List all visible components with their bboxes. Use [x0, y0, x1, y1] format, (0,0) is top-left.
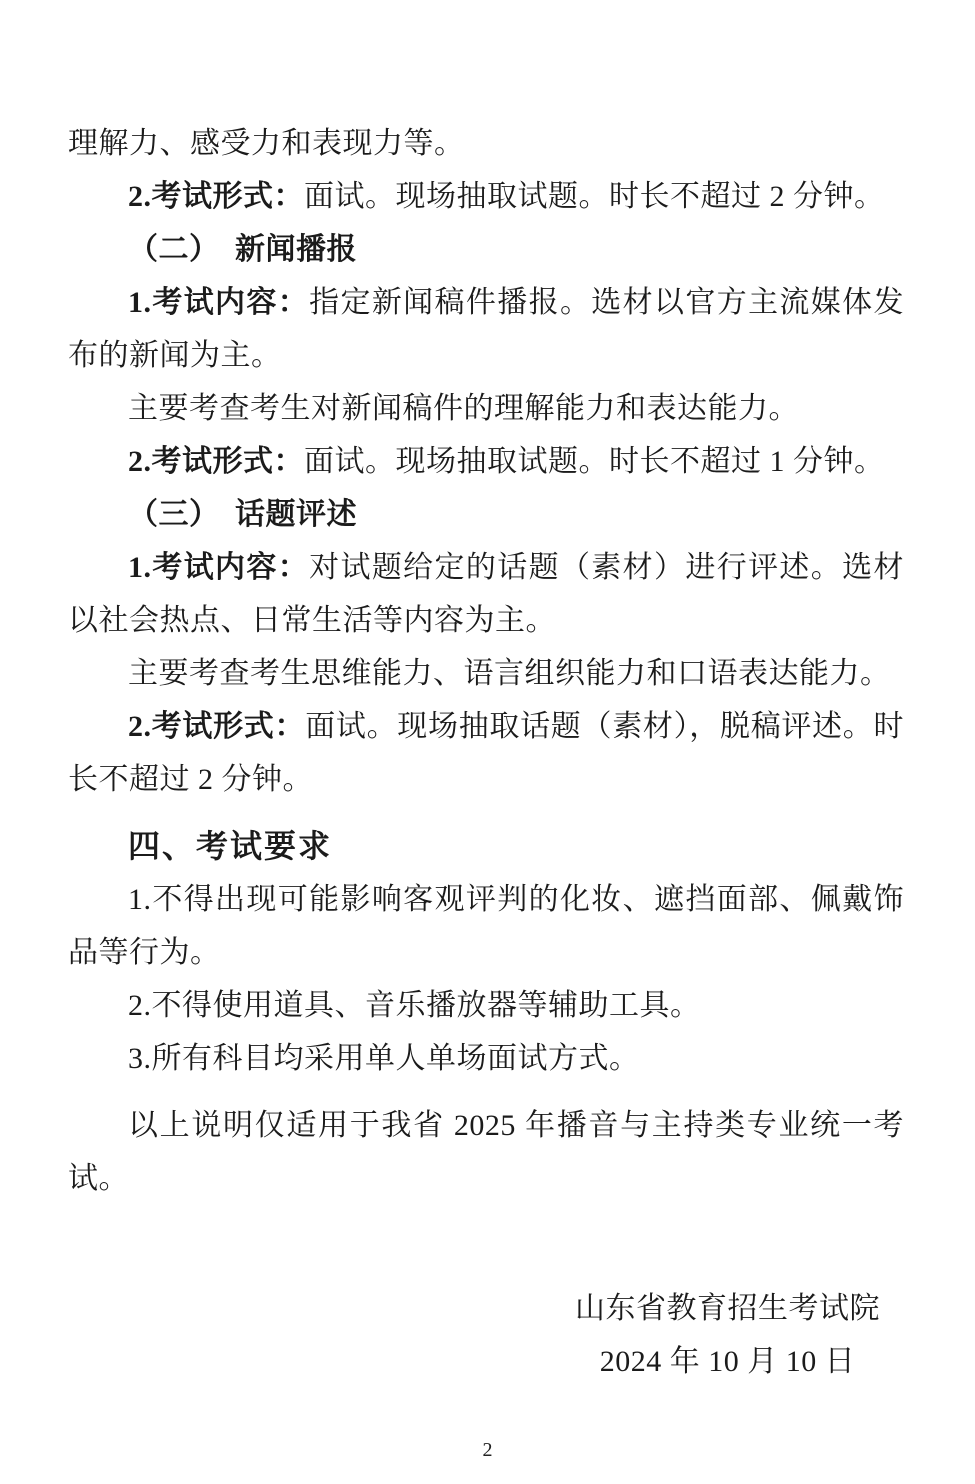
paragraph-label: 1.考试内容： — [128, 286, 309, 319]
paragraph: 主要考查考生对新闻稿件的理解能力和表达能力。 — [68, 382, 904, 435]
sub-heading: （三） 话题评述 — [68, 488, 904, 541]
signature-date: 2024 年 10 月 10 日 — [575, 1335, 880, 1388]
paragraph-text: 3.所有科目均采用单人单场面试方式。 — [128, 1042, 640, 1075]
paragraph: 1.考试内容：对试题给定的话题（素材）进行评述。选材以社会热点、日常生活等内容为… — [68, 541, 904, 647]
sub-heading: （二） 新闻播报 — [68, 223, 904, 276]
paragraph-text: 面试。现场抽取试题。时长不超过 1 分钟。 — [304, 445, 885, 478]
paragraph-text: 主要考查考生思维能力、语言组织能力和口语表达能力。 — [128, 657, 891, 690]
paragraph-text: 理解力、感受力和表现力等。 — [68, 127, 465, 160]
signature-block: 山东省教育招生考试院 2024 年 10 月 10 日 — [575, 1282, 880, 1388]
document-page: 理解力、感受力和表现力等。2.考试形式：面试。现场抽取试题。时长不超过 2 分钟… — [0, 0, 975, 1484]
paragraph: 主要考查考生思维能力、语言组织能力和口语表达能力。 — [68, 647, 904, 700]
paragraph-text: 2.不得使用道具、音乐播放器等辅助工具。 — [128, 989, 701, 1022]
paragraph-text: 面试。现场抽取试题。时长不超过 2 分钟。 — [304, 180, 885, 213]
document-body: 理解力、感受力和表现力等。2.考试形式：面试。现场抽取试题。时长不超过 2 分钟… — [68, 117, 904, 1205]
paragraph-text: （三） 话题评述 — [128, 498, 357, 531]
paragraph: 2.不得使用道具、音乐播放器等辅助工具。 — [68, 979, 904, 1032]
paragraph: 3.所有科目均采用单人单场面试方式。 — [68, 1032, 904, 1085]
paragraph: 2.考试形式：面试。现场抽取试题。时长不超过 2 分钟。 — [68, 170, 904, 223]
paragraph-label: 2.考试形式： — [128, 180, 304, 213]
paragraph: 以上说明仅适用于我省 2025 年播音与主持类专业统一考试。 — [68, 1099, 904, 1205]
paragraph-text: 1.不得出现可能影响客观评判的化妆、遮挡面部、佩戴饰品等行为。 — [68, 883, 904, 969]
paragraph: 1.考试内容：指定新闻稿件播报。选材以官方主流媒体发布的新闻为主。 — [68, 276, 904, 382]
paragraph-label: 2.考试形式： — [128, 445, 304, 478]
paragraph-text: 主要考查考生对新闻稿件的理解能力和表达能力。 — [128, 392, 799, 425]
signature-issuer: 山东省教育招生考试院 — [575, 1282, 880, 1335]
paragraph-label: 2.考试形式： — [128, 710, 305, 743]
section-heading: 四、考试要求 — [68, 820, 904, 873]
page-number: 2 — [483, 1439, 493, 1461]
paragraph-text: 四、考试要求 — [128, 828, 332, 864]
paragraph: 2.考试形式：面试。现场抽取话题（素材），脱稿评述。时长不超过 2 分钟。 — [68, 700, 904, 806]
paragraph-text: （二） 新闻播报 — [128, 233, 357, 266]
paragraph: 2.考试形式：面试。现场抽取试题。时长不超过 1 分钟。 — [68, 435, 904, 488]
paragraph: 1.不得出现可能影响客观评判的化妆、遮挡面部、佩戴饰品等行为。 — [68, 873, 904, 979]
page-footer: 2 — [0, 1439, 975, 1462]
paragraph: 理解力、感受力和表现力等。 — [68, 117, 904, 170]
paragraph-label: 1.考试内容： — [128, 551, 309, 584]
paragraph-text: 以上说明仅适用于我省 2025 年播音与主持类专业统一考试。 — [68, 1109, 904, 1195]
